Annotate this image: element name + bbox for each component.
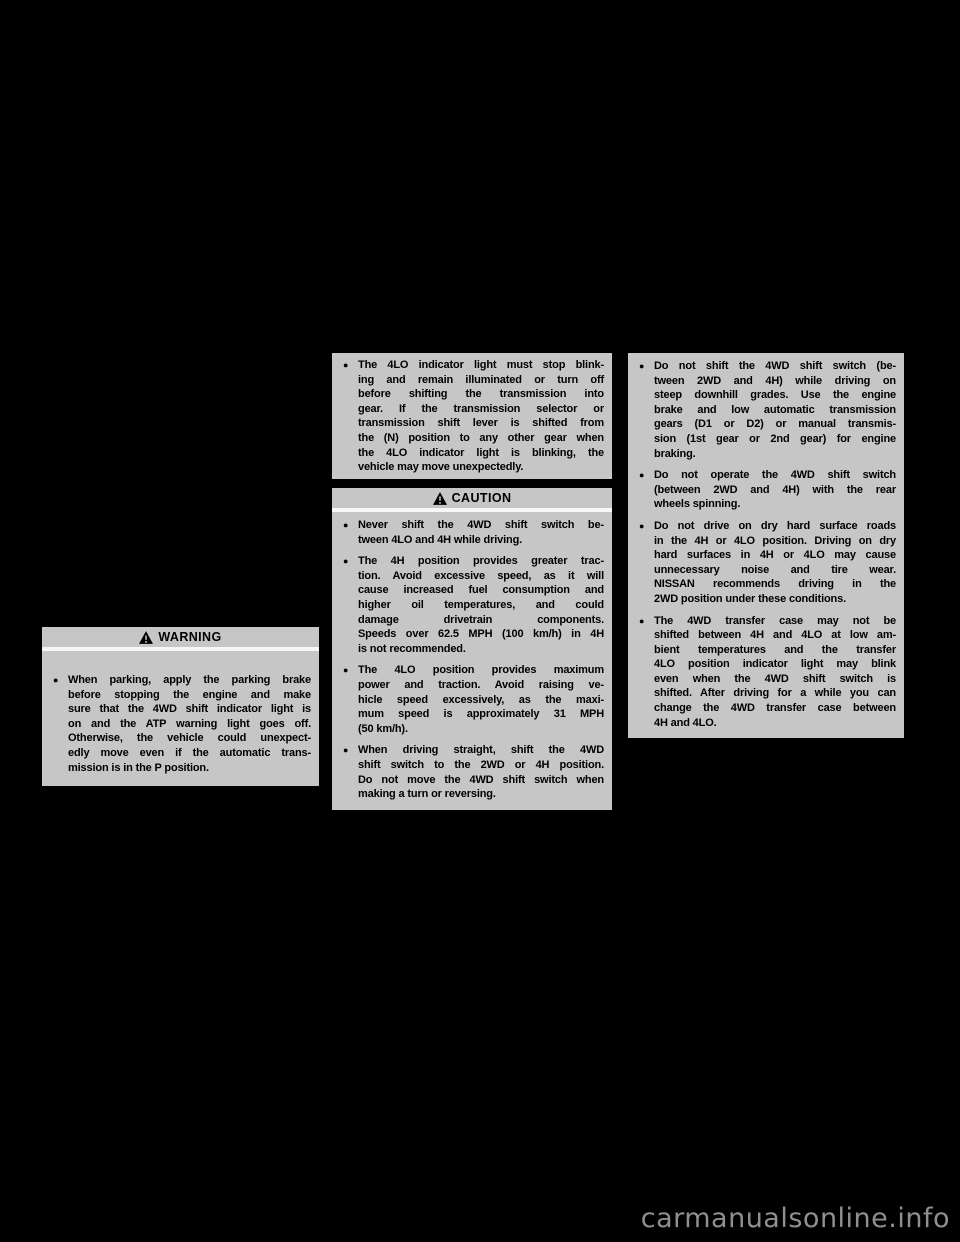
text-line: 2WD position under these conditions. [654,592,896,607]
text-line: When parking, apply the parking brake [68,673,311,688]
bullet-text: The 4LO position provides maximumpower a… [358,663,604,736]
bullet-text: The 4H position provides greater trac-ti… [358,554,604,656]
warning-triangle-icon [139,631,153,644]
bullet-text: The 4WD transfer case may not beshifted … [654,614,896,731]
text-line: before stopping the engine and make [68,688,311,703]
text-line: shifted between 4H and 4LO at low am- [654,628,896,643]
middle-continuation-box: ● The 4LO indicator light must stop blin… [332,353,612,479]
text-line: the (N) position to any other gear when [358,431,604,446]
text-line: damage drivetrain components. [358,613,604,628]
warning-header-label: WARNING [158,630,221,644]
bullet-text: Do not operate the 4WD shift switch(betw… [654,468,896,512]
text-line: The 4WD transfer case may not be [654,614,896,629]
warning-triangle-icon [433,492,447,505]
text-line: Otherwise, the vehicle could unexpect- [68,731,311,746]
text-line: shifted. After driving for a while you c… [654,686,896,701]
bullet-dot: ● [342,554,358,656]
bullet-item: ● The 4WD transfer case may not beshifte… [638,614,896,731]
text-line: ing and remain illuminated or turn off [358,373,604,388]
text-line: bient temperatures and the transfer [654,643,896,658]
text-line: even when the 4WD shift switch is [654,672,896,687]
text-line: tween 4LO and 4H while driving. [358,533,604,548]
warning-body: ● When parking, apply the parking brakeb… [42,651,319,783]
caution-header: CAUTION [332,488,612,512]
text-line: higher oil temperatures, and could [358,598,604,613]
text-line: (50 km/h). [358,722,604,737]
text-line: brake and low automatic transmission [654,403,896,418]
bullet-dot: ● [638,468,654,512]
bullet-item: ● When driving straight, shift the 4WDsh… [342,743,604,801]
text-line: the 4LO indicator light is blinking, the [358,446,604,461]
text-line: 4LO position indicator light may blink [654,657,896,672]
text-line: The 4LO position provides maximum [358,663,604,678]
bullet-item: ● The 4LO indicator light must stop blin… [342,358,604,475]
text-line: vehicle may move unexpectedly. [358,460,604,475]
text-line: unnecessary noise and tire wear. [654,563,896,578]
text-line: sion (1st gear or 2nd gear) for engine [654,432,896,447]
text-line: steep downhill grades. Use the engine [654,388,896,403]
text-line: shift switch to the 2WD or 4H position. [358,758,604,773]
right-column-body: ● Do not shift the 4WD shift switch (be-… [628,353,904,738]
bullet-item: ● The 4H position provides greater trac-… [342,554,604,656]
bullet-text: Never shift the 4WD shift switch be-twee… [358,518,604,547]
text-line: Speeds over 62.5 MPH (100 km/h) in 4H [358,627,604,642]
text-line: in the 4H or 4LO position. Driving on dr… [654,534,896,549]
bullet-dot: ● [52,673,68,775]
text-line: Never shift the 4WD shift switch be- [358,518,604,533]
bullet-dot: ● [638,614,654,731]
bullet-text: Do not drive on dry hard surface roadsin… [654,519,896,607]
text-line: wheels spinning. [654,497,896,512]
text-line: gear. If the transmission selector or [358,402,604,417]
caution-header-label: CAUTION [452,491,512,505]
bullet-text: When parking, apply the parking brakebef… [68,673,311,775]
text-line: braking. [654,447,896,462]
text-line: power and traction. Avoid raising ve- [358,678,604,693]
bullet-text: Do not shift the 4WD shift switch (be-tw… [654,359,896,461]
warning-box: WARNING ● When parking, apply the parkin… [42,627,319,786]
text-line: change the 4WD transfer case between [654,701,896,716]
text-line: tween 2WD and 4H) while driving on [654,374,896,389]
bullet-text: When driving straight, shift the 4WDshif… [358,743,604,801]
bullet-dot: ● [342,663,358,736]
bullet-dot: ● [342,518,358,547]
text-line: NISSAN recommends driving in the [654,577,896,592]
text-line: cause increased fuel consumption and [358,583,604,598]
bullet-dot: ● [638,519,654,607]
text-line: When driving straight, shift the 4WD [358,743,604,758]
text-line: mum speed is approximately 31 MPH [358,707,604,722]
text-line: before shifting the transmission into [358,387,604,402]
text-line: tion. Avoid excessive speed, as it will [358,569,604,584]
text-line: The 4LO indicator light must stop blink- [358,358,604,373]
text-line: Do not shift the 4WD shift switch (be- [654,359,896,374]
text-line: Do not drive on dry hard surface roads [654,519,896,534]
warning-header: WARNING [42,627,319,651]
text-line: hicle speed excessively, as the maxi- [358,693,604,708]
text-line: sure that the 4WD shift indicator light … [68,702,311,717]
text-line: (between 2WD and 4H) with the rear [654,483,896,498]
text-line: Do not operate the 4WD shift switch [654,468,896,483]
text-line: edly move even if the automatic trans- [68,746,311,761]
watermark-text: carmanualsonline.info [641,1203,950,1234]
bullet-dot: ● [342,743,358,801]
text-line: making a turn or reversing. [358,787,604,802]
text-line: Do not move the 4WD shift switch when [358,773,604,788]
bullet-item: ● Do not shift the 4WD shift switch (be-… [638,359,896,461]
middle-continuation-body: ● The 4LO indicator light must stop blin… [332,353,612,479]
caution-body: ● Never shift the 4WD shift switch be-tw… [332,512,612,810]
right-column-box: ● Do not shift the 4WD shift switch (be-… [628,353,904,738]
caution-box: CAUTION ● Never shift the 4WD shift swit… [332,488,612,810]
text-line: on and the ATP warning light goes off. [68,717,311,732]
bullet-item: ● The 4LO position provides maximumpower… [342,663,604,736]
text-line: hard surfaces in 4H or 4LO may cause [654,548,896,563]
text-line: transmission shift lever is shifted from [358,416,604,431]
bullet-dot: ● [342,358,358,475]
text-line: is not recommended. [358,642,604,657]
bullet-dot: ● [638,359,654,461]
text-line: gears (D1 or D2) or manual transmis- [654,417,896,432]
text-line: mission is in the P position. [68,761,311,776]
text-line: 4H and 4LO. [654,716,896,731]
bullet-item: ● Never shift the 4WD shift switch be-tw… [342,518,604,547]
text-line: The 4H position provides greater trac- [358,554,604,569]
bullet-item: ● Do not drive on dry hard surface roads… [638,519,896,607]
bullet-text: The 4LO indicator light must stop blink-… [358,358,604,475]
bullet-item: ● Do not operate the 4WD shift switch(be… [638,468,896,512]
bullet-item: ● When parking, apply the parking brakeb… [52,673,311,775]
